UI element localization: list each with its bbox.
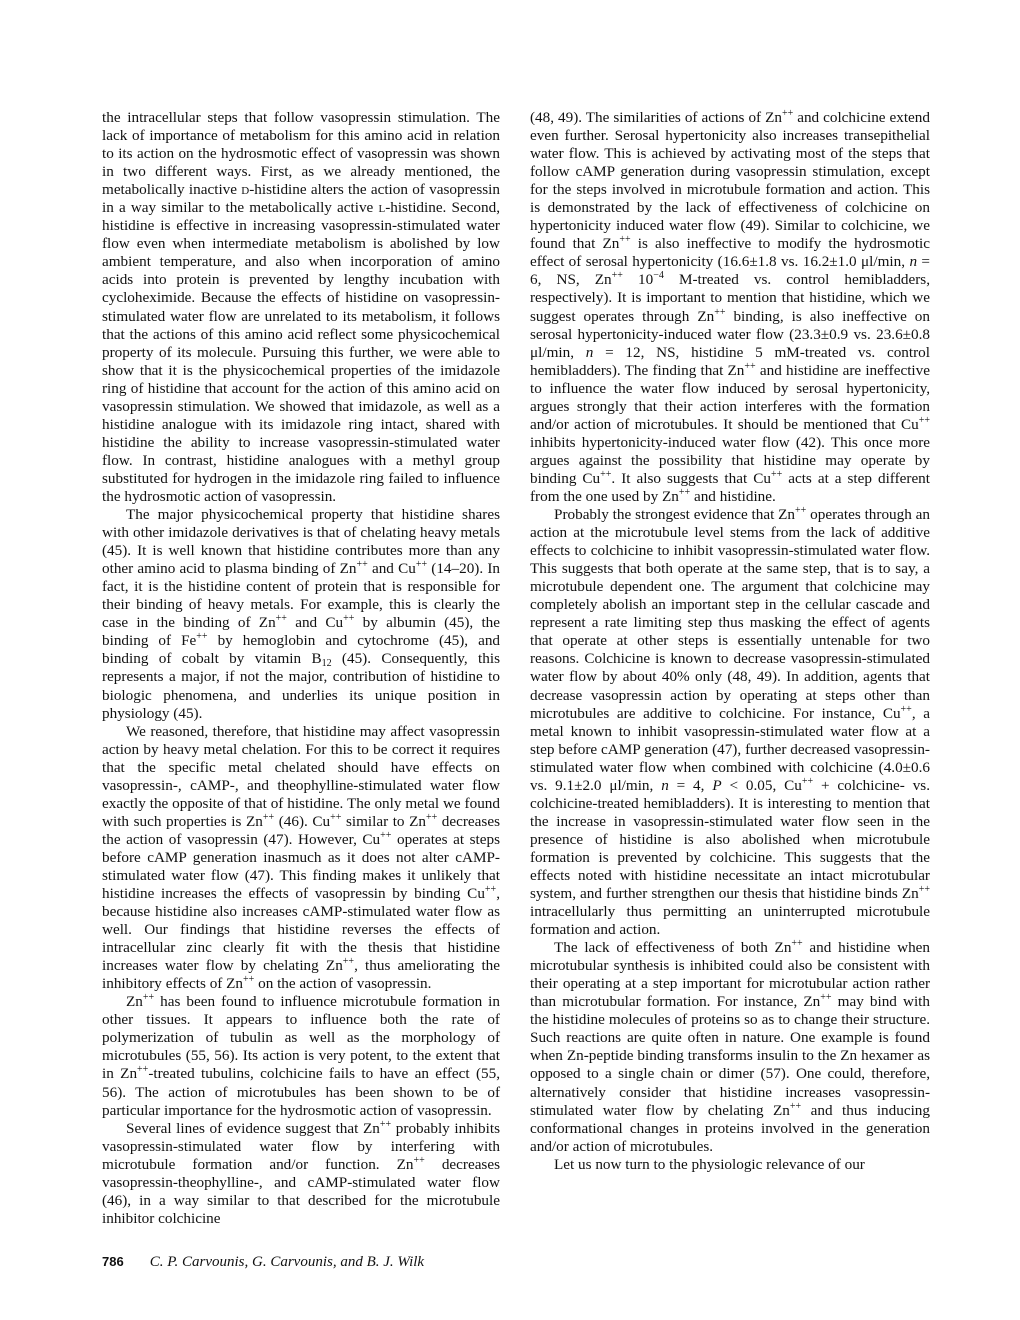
running-authors: C. P. Carvounis, G. Carvounis, and B. J.… <box>150 1254 424 1270</box>
journal-page: the intracellular steps that follow vaso… <box>0 0 1020 1320</box>
right-paragraph-3: The lack of effectiveness of both Zn++ a… <box>530 939 930 1156</box>
left-paragraph-2: The major physicochemical property that … <box>102 506 500 723</box>
page-footer: 786 C. P. Carvounis, G. Carvounis, and B… <box>102 1254 424 1271</box>
left-paragraph-1: the intracellular steps that follow vaso… <box>102 109 500 506</box>
page-number: 786 <box>102 1254 146 1269</box>
right-paragraph-1: (48, 49). The similarities of actions of… <box>530 109 930 506</box>
left-paragraph-3: We reasoned, therefore, that histidine m… <box>102 723 500 994</box>
right-paragraph-4: Let us now turn to the physiologic relev… <box>530 1156 930 1174</box>
left-paragraph-5: Several lines of evidence suggest that Z… <box>102 1120 500 1228</box>
left-paragraph-4: Zn++ has been found to influence microtu… <box>102 993 500 1119</box>
right-paragraph-2: Probably the strongest evidence that Zn+… <box>530 506 930 939</box>
right-column: (48, 49). The similarities of actions of… <box>530 109 930 1174</box>
left-column: the intracellular steps that follow vaso… <box>102 109 500 1228</box>
